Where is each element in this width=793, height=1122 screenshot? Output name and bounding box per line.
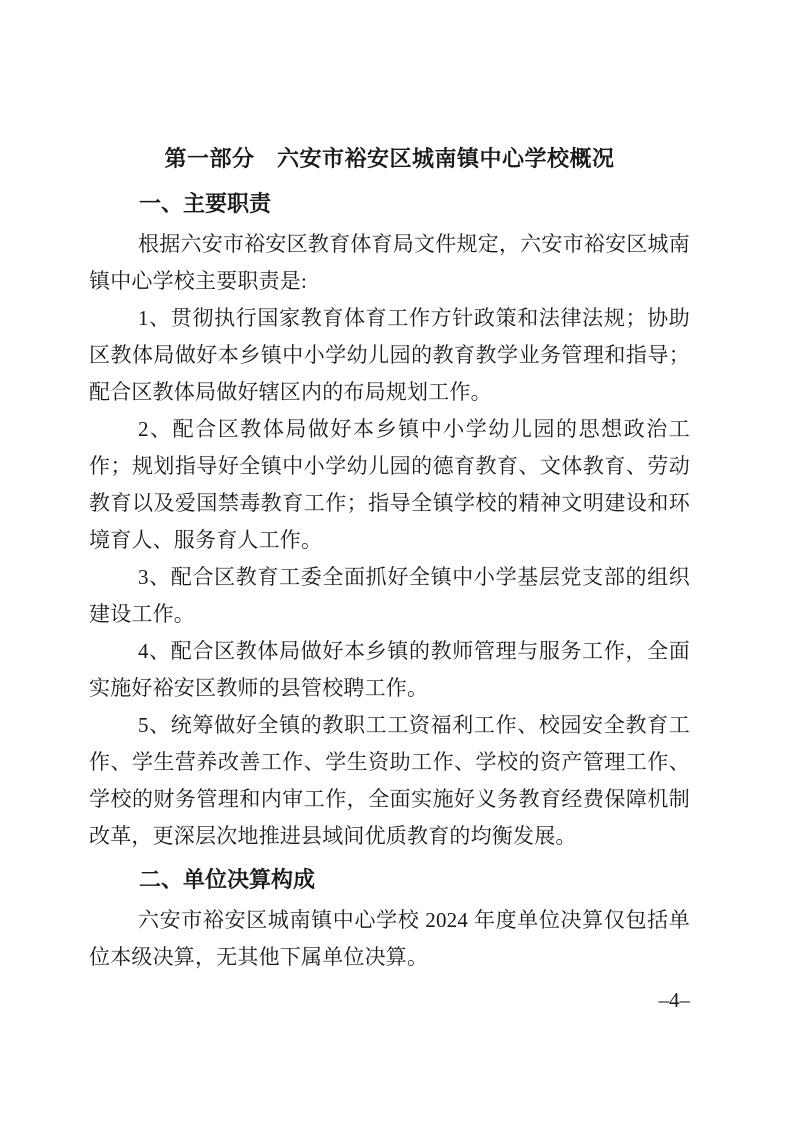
paragraph-duty-5: 5、统筹做好全镇的教职工工资福利工作、校园安全教育工作、学生营养改善工作、学生资… xyxy=(89,707,690,855)
section-final-accounts-composition: 二、单位决算构成 六安市裕安区城南镇中心学校 2024 年度单位决算仅包括单位本… xyxy=(89,861,690,976)
paragraph-duty-4: 4、配合区教体局做好本乡镇的教师管理与服务工作，全面实施好裕安区教师的县管校聘工… xyxy=(89,633,690,707)
paragraph-intro: 根据六安市裕安区教育体育局文件规定，六安市裕安区城南镇中心学校主要职责是: xyxy=(89,226,690,300)
paragraph-duty-2: 2、配合区教体局做好本乡镇中小学幼儿园的思想政治工作；规划指导好全镇中小学幼儿园… xyxy=(89,411,690,559)
paragraph-duty-3: 3、配合区教育工委全面抓好全镇中小学基层党支部的组织建设工作。 xyxy=(89,559,690,633)
document-title: 第一部分 六安市裕安区城南镇中心学校概况 xyxy=(89,140,690,177)
budget-document-page: 第一部分 六安市裕安区城南镇中心学校概况 一、主要职责 根据六安市裕安区教育体育… xyxy=(0,0,793,1122)
section-main-duties: 一、主要职责 根据六安市裕安区教育体育局文件规定，六安市裕安区城南镇中心学校主要… xyxy=(89,185,690,855)
page-number: –4– xyxy=(659,988,691,1012)
section-heading-main-duties: 一、主要职责 xyxy=(89,185,690,222)
section-heading-final-accounts-composition: 二、单位决算构成 xyxy=(89,861,690,898)
paragraph-duty-1: 1、贯彻执行国家教育体育工作方针政策和法律法规；协助区教体局做好本乡镇中小学幼儿… xyxy=(89,300,690,411)
paragraph-composition: 六安市裕安区城南镇中心学校 2024 年度单位决算仅包括单位本级决算，无其他下属… xyxy=(89,902,690,976)
